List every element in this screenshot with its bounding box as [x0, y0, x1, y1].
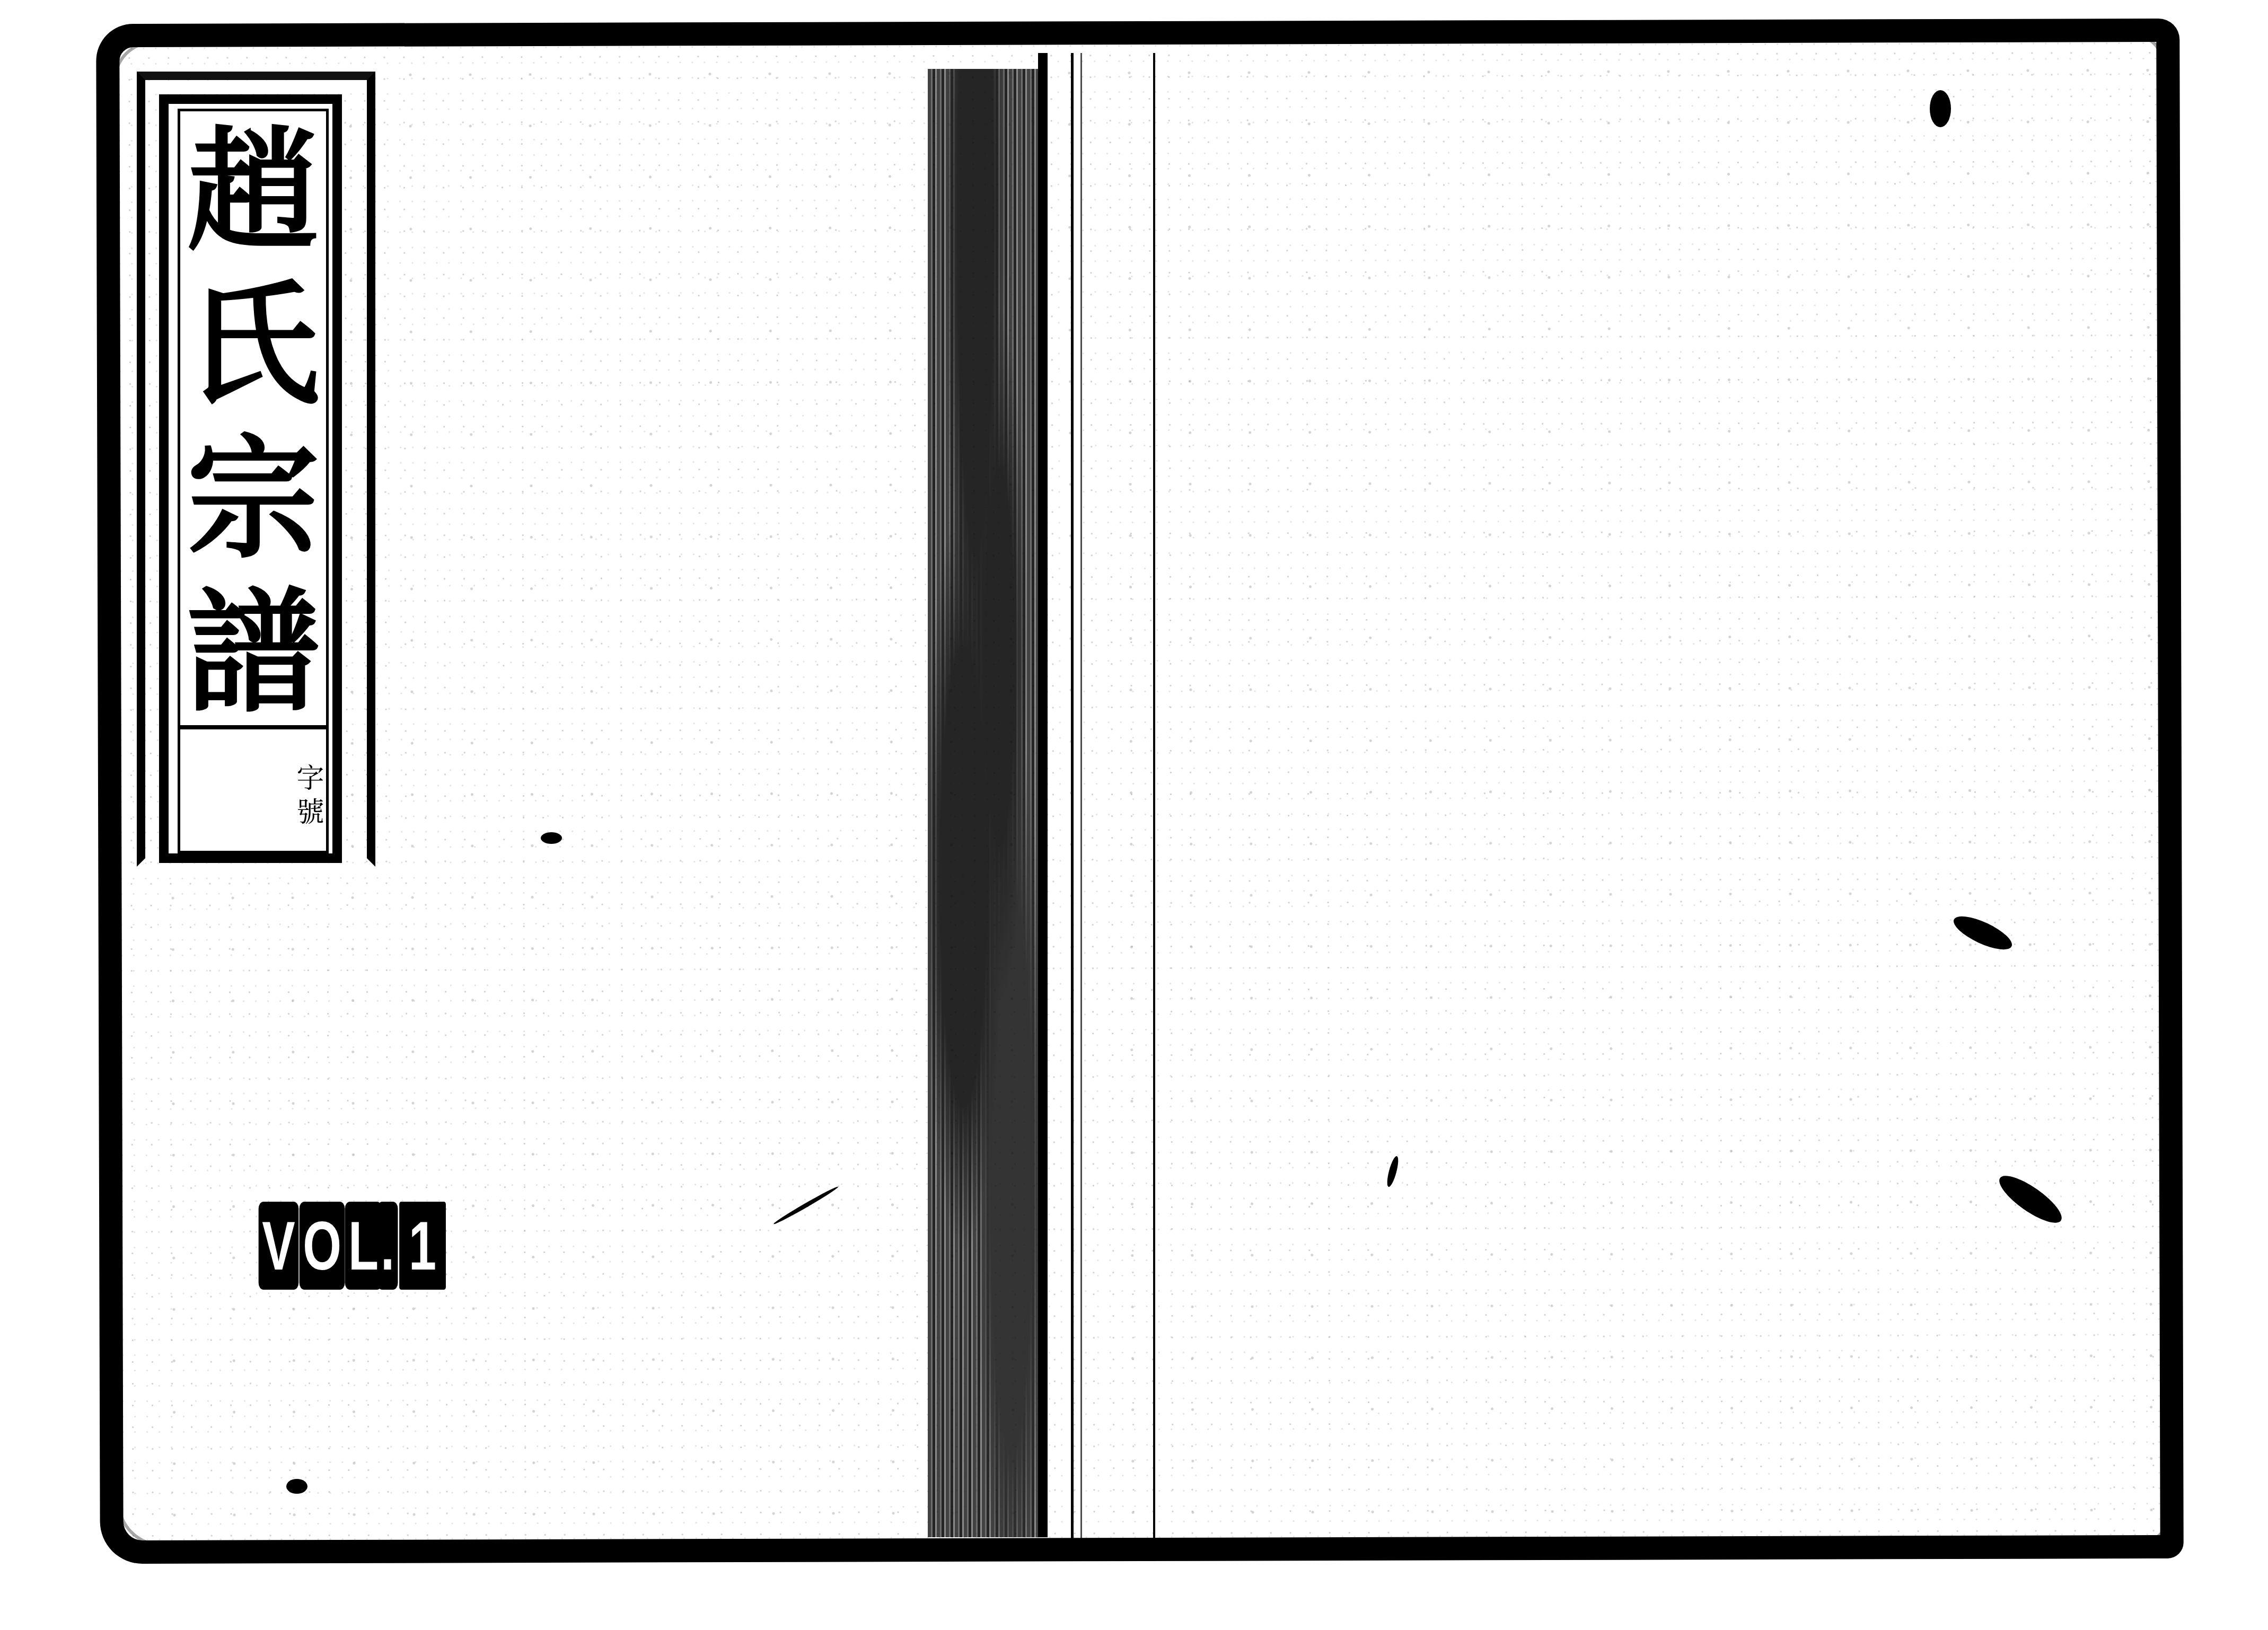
binding-crease — [1071, 53, 1074, 1548]
volume-sticker: V O L . 1 — [260, 1203, 446, 1288]
stain-mark — [541, 832, 562, 844]
scanned-page: 趙 氏 宗 譜 字號 V O L . 1 — [0, 0, 2268, 1630]
title-char: 氏 — [187, 278, 320, 411]
volume-tile: O — [301, 1203, 344, 1288]
binding-crease — [1153, 53, 1155, 1548]
volume-tile: V — [260, 1203, 297, 1288]
title-char: 趙 — [187, 125, 320, 257]
volume-number-tile: 1 — [401, 1203, 445, 1288]
spine-edge — [1038, 53, 1048, 1537]
book-title: 趙 氏 宗 譜 — [178, 114, 329, 729]
volume-tile: . — [379, 1203, 397, 1288]
title-char: 譜 — [187, 586, 320, 718]
title-char: 宗 — [187, 432, 320, 565]
title-divider — [179, 725, 329, 729]
stain-mark — [1930, 90, 1951, 127]
book-spine — [928, 69, 1047, 1537]
binding-crease — [1080, 53, 1082, 1548]
back-cover — [1156, 45, 2158, 1537]
volume-mark-label: 字號 — [292, 763, 323, 831]
volume-tile: L — [346, 1203, 381, 1288]
stain-mark — [286, 1479, 307, 1494]
